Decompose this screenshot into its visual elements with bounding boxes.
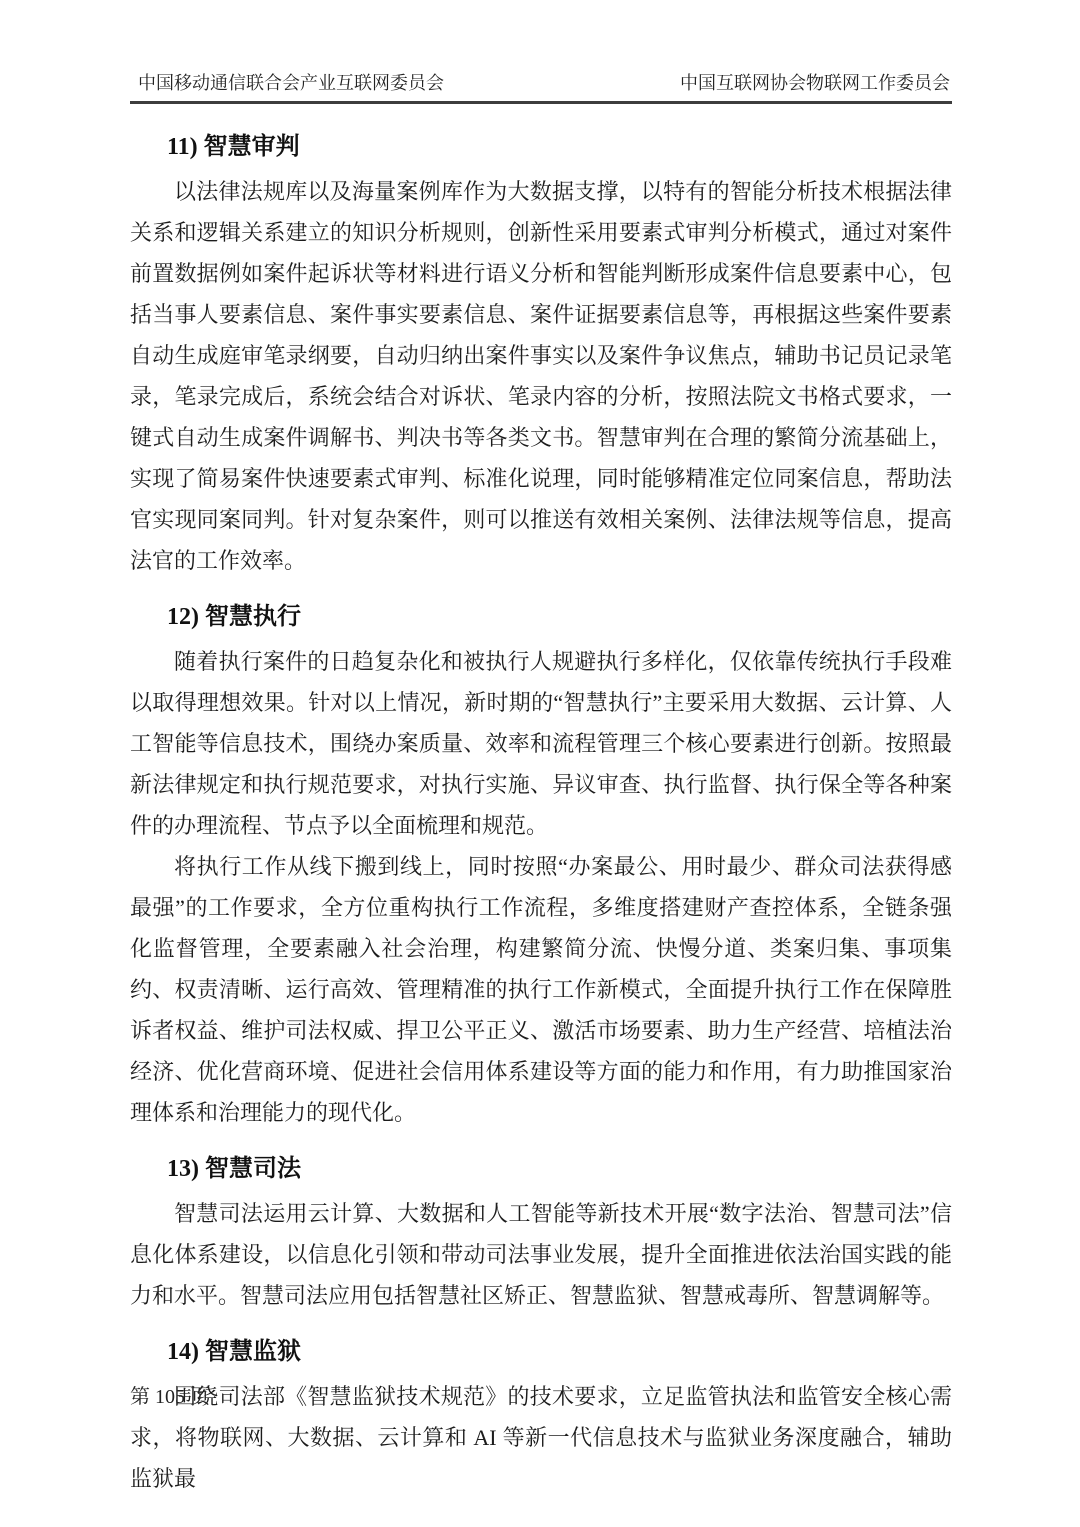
page-footer: 第 105 页 [130,1384,210,1410]
section-heading-smart-justice: 13) 智慧司法 [130,1153,952,1185]
header-org-right: 中国互联网协会物联网工作委员会 [680,72,952,94]
header-org-left: 中国移动通信联合会产业互联网委员会 [130,72,444,94]
paragraph-smart-trial: 以法律法规库以及海量案例库作为大数据支撑，以特有的智能分析技术根据法律关系和逻辑… [130,171,952,581]
paragraph-smart-prison: 围绕司法部《智慧监狱技术规范》的技术要求，立足监管执法和监管安全核心需求，将物联… [130,1376,952,1499]
document-page: 中国移动通信联合会产业互联网委员会 中国互联网协会物联网工作委员会 11) 智慧… [0,0,1080,1527]
paragraph-smart-justice: 智慧司法运用云计算、大数据和人工智能等新技术开展“数字法治、智慧司法”信息化体系… [130,1193,952,1316]
paragraph-smart-enforcement-2: 将执行工作从线下搬到线上，同时按照“办案最公、用时最少、群众司法获得感最强”的工… [130,846,952,1133]
page-header: 中国移动通信联合会产业互联网委员会 中国互联网协会物联网工作委员会 [130,0,952,104]
section-heading-smart-prison: 14) 智慧监狱 [130,1336,952,1368]
paragraph-smart-enforcement-1: 随着执行案件的日趋复杂化和被执行人规避执行多样化，仅依靠传统执行手段难以取得理想… [130,641,952,846]
page-content: 11) 智慧审判 以法律法规库以及海量案例库作为大数据支撑，以特有的智能分析技术… [130,131,952,1499]
section-heading-smart-trial: 11) 智慧审判 [130,131,952,163]
section-heading-smart-enforcement: 12) 智慧执行 [130,601,952,633]
page-number: 第 105 页 [130,1386,210,1408]
